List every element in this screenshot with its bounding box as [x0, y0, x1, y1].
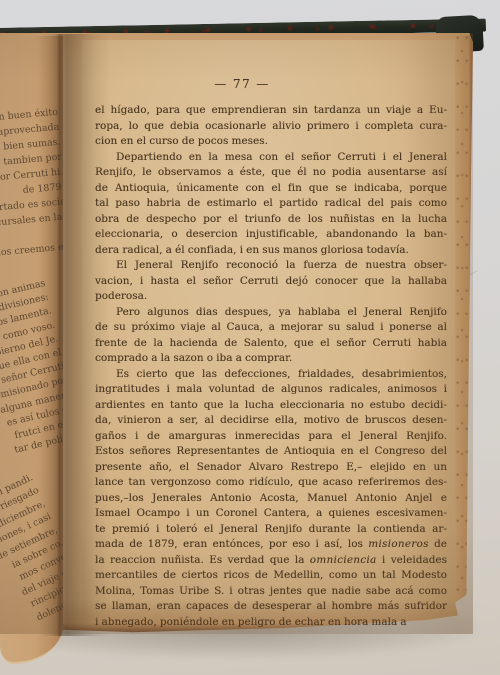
text-line: te premió i toleró el Jeneral Renjifo du… [95, 522, 447, 538]
book-photo: ó un buen éxito9, i aprovechadao a bien … [0, 0, 500, 675]
text-line: comprado a la sazon o iba a comprar. [95, 351, 447, 367]
paragraph: el hígado, para que emprendieran sin tar… [95, 103, 447, 150]
text-line: lance tan vergonzoso como ridículo, que … [95, 475, 447, 491]
text-line: i abnegado, poniéndole en peligro de ech… [95, 615, 447, 631]
text-line: Molina, Tomas Uribe S. i otras jentes qu… [95, 584, 447, 600]
text-line: la reaccion nuñista. Es verdad que la om… [95, 553, 447, 569]
text-line: El Jeneral Renjifo reconoció la fuerza d… [95, 258, 447, 274]
text-line: da, vinieron a ser, al decidirse ella, m… [95, 413, 447, 429]
printed-page: — 77 — el hígado, para que emprendieran … [95, 77, 447, 630]
text-line: cion en el curso de pocos meses. [95, 134, 447, 150]
text-line: Pero algunos dias despues, ya hablaba el… [95, 305, 447, 321]
text-line: pues,–los Jenerales Antonio Acosta, Manu… [95, 491, 447, 507]
text-line: dera radical, a él confiada, i en sus ma… [95, 243, 447, 259]
text-line: Ismael Ocampo i un Coronel Cantera, a qu… [95, 506, 447, 522]
paragraph: Pero algunos dias despues, ya hablaba el… [95, 305, 447, 367]
text-line: el hígado, para que emprendieran sin tar… [95, 103, 447, 119]
text-line: Estos señores Representantes de Antioqui… [95, 444, 447, 460]
text-line: Renjifo, le observamos a éste, que él no… [95, 165, 447, 181]
text-line: ropa, lo que debia ocasionarle alivio pr… [95, 119, 447, 135]
text-line: gaños i de amarguras inmerecidas para el… [95, 429, 447, 445]
text-line: Es cierto que las defecciones, frialdade… [95, 367, 447, 383]
text-line: ingratitudes i mala voluntad de algunos … [95, 382, 447, 398]
text-line: ardientes en tanto que la lucha eleccion… [95, 398, 447, 414]
text-line: de su próximo viaje al Cauca, a mejorar … [95, 320, 447, 336]
page-number: — 77 — [66, 77, 418, 93]
paragraph: Departiendo en la mesa con el señor Cerr… [95, 150, 447, 259]
text-line: tal paso habria de estimarlo el partido … [95, 196, 447, 212]
text-line: se llaman, eran capaces de desesperar al… [95, 599, 447, 615]
text-line: mercantiles de ciertos ricos de Medellin… [95, 568, 447, 584]
paragraph: Es cierto que las defecciones, frialdade… [95, 367, 447, 631]
text-line: eleccionaria, o desercion injustificable… [95, 227, 447, 243]
text-line: vacion, i hasta el señor Cerruti dejó co… [95, 274, 447, 290]
body-text: el hígado, para que emprendieran sin tar… [95, 103, 447, 630]
text-line: obra de despecho por el triunfo de los n… [95, 212, 447, 228]
text-line: poderosa. [95, 289, 447, 305]
text-line: frente de la hacienda de Salento, que el… [95, 336, 447, 352]
paragraph: El Jeneral Renjifo reconoció la fuerza d… [95, 258, 447, 305]
text-line: presente año, el Senador Alvaro Restrepo… [95, 460, 447, 476]
text-line: mada de 1879, eran entónces, por eso i a… [95, 537, 447, 553]
text-line: Departiendo en la mesa con el señor Cerr… [95, 150, 447, 166]
text-line: de Antioquia, únicamente con el fin que … [95, 181, 447, 197]
